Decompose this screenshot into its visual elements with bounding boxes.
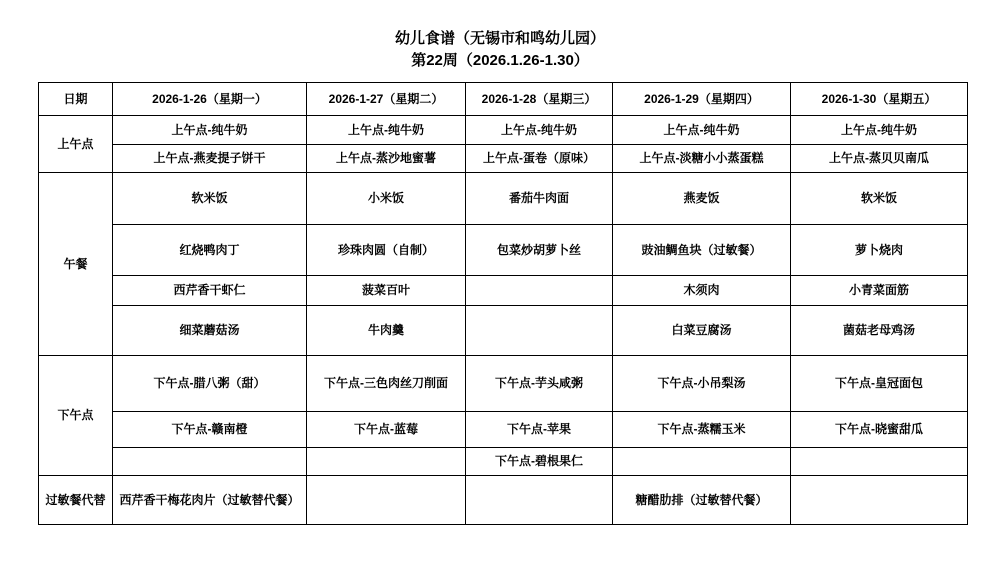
menu-cell: 上午点-纯牛奶 xyxy=(307,116,466,145)
menu-cell xyxy=(791,476,968,525)
menu-cell: 下午点-小吊梨汤 xyxy=(613,356,791,412)
menu-cell: 西芹香干虾仁 xyxy=(113,276,307,306)
menu-cell xyxy=(466,276,613,306)
lunch-row-2: 红烧鸭肉丁 珍珠肉圆（自制） 包菜炒胡萝卜丝 豉油鲷鱼块（过敏餐） 萝卜烧肉 xyxy=(39,225,968,276)
menu-cell: 包菜炒胡萝卜丝 xyxy=(466,225,613,276)
menu-cell: 上午点-纯牛奶 xyxy=(113,116,307,145)
header-friday: 2026-1-30（星期五） xyxy=(791,83,968,116)
menu-cell: 上午点-蒸贝贝南瓜 xyxy=(791,145,968,173)
menu-cell: 豉油鲷鱼块（过敏餐） xyxy=(613,225,791,276)
menu-cell: 牛肉羹 xyxy=(307,306,466,356)
menu-cell: 软米饭 xyxy=(113,173,307,225)
morning-snack-row-2: 上午点-燕麦提子饼干 上午点-蒸沙地蜜薯 上午点-蛋卷（原味） 上午点-淡糖小小… xyxy=(39,145,968,173)
section-label-morning-snack: 上午点 xyxy=(39,116,113,173)
menu-cell: 下午点-晓蜜甜瓜 xyxy=(791,412,968,448)
menu-cell: 下午点-皇冠面包 xyxy=(791,356,968,412)
menu-cell: 上午点-纯牛奶 xyxy=(613,116,791,145)
menu-cell: 细菜蘑菇汤 xyxy=(113,306,307,356)
allergy-substitute-row: 过敏餐代替 西芹香干梅花肉片（过敏替代餐） 糖醋肋排（过敏替代餐） xyxy=(39,476,968,525)
menu-table: 日期 2026-1-26（星期一） 2026-1-27（星期二） 2026-1-… xyxy=(38,82,968,525)
lunch-row-1: 午餐 软米饭 小米饭 番茄牛肉面 燕麦饭 软米饭 xyxy=(39,173,968,225)
header-tuesday: 2026-1-27（星期二） xyxy=(307,83,466,116)
menu-cell: 上午点-淡糖小小蒸蛋糕 xyxy=(613,145,791,173)
menu-cell xyxy=(791,448,968,476)
header-wednesday: 2026-1-28（星期三） xyxy=(466,83,613,116)
menu-cell: 下午点-三色肉丝刀削面 xyxy=(307,356,466,412)
menu-cell: 菠菜百叶 xyxy=(307,276,466,306)
menu-cell: 下午点-芋头咸粥 xyxy=(466,356,613,412)
menu-cell: 小青菜面筋 xyxy=(791,276,968,306)
afternoon-snack-row-2: 下午点-赣南橙 下午点-蓝莓 下午点-苹果 下午点-蒸糯玉米 下午点-晓蜜甜瓜 xyxy=(39,412,968,448)
header-date-label: 日期 xyxy=(39,83,113,116)
page-subtitle: 第22周（2026.1.26-1.30） xyxy=(0,50,1000,72)
menu-cell: 红烧鸭肉丁 xyxy=(113,225,307,276)
menu-cell xyxy=(307,476,466,525)
menu-cell: 菌菇老母鸡汤 xyxy=(791,306,968,356)
menu-cell: 上午点-纯牛奶 xyxy=(466,116,613,145)
menu-cell: 下午点-蒸糯玉米 xyxy=(613,412,791,448)
menu-cell: 上午点-纯牛奶 xyxy=(791,116,968,145)
menu-cell: 下午点-蓝莓 xyxy=(307,412,466,448)
menu-cell: 白菜豆腐汤 xyxy=(613,306,791,356)
menu-cell: 萝卜烧肉 xyxy=(791,225,968,276)
menu-cell: 木须肉 xyxy=(613,276,791,306)
menu-cell: 下午点-碧根果仁 xyxy=(466,448,613,476)
menu-cell: 糖醋肋排（过敏替代餐） xyxy=(613,476,791,525)
menu-cell: 上午点-蒸沙地蜜薯 xyxy=(307,145,466,173)
menu-cell: 西芹香干梅花肉片（过敏替代餐） xyxy=(113,476,307,525)
lunch-row-4: 细菜蘑菇汤 牛肉羹 白菜豆腐汤 菌菇老母鸡汤 xyxy=(39,306,968,356)
afternoon-snack-row-3: 下午点-碧根果仁 xyxy=(39,448,968,476)
page: 幼儿食谱（无锡市和鸣幼儿园） 第22周（2026.1.26-1.30） 日期 2… xyxy=(0,0,1000,575)
menu-cell: 小米饭 xyxy=(307,173,466,225)
menu-cell: 软米饭 xyxy=(791,173,968,225)
section-label-afternoon-snack: 下午点 xyxy=(39,356,113,476)
menu-cell: 上午点-蛋卷（原味） xyxy=(466,145,613,173)
lunch-row-3: 西芹香干虾仁 菠菜百叶 木须肉 小青菜面筋 xyxy=(39,276,968,306)
menu-cell: 燕麦饭 xyxy=(613,173,791,225)
menu-cell xyxy=(466,306,613,356)
menu-cell: 下午点-赣南橙 xyxy=(113,412,307,448)
menu-cell: 上午点-燕麦提子饼干 xyxy=(113,145,307,173)
menu-cell xyxy=(113,448,307,476)
title-block: 幼儿食谱（无锡市和鸣幼儿园） 第22周（2026.1.26-1.30） xyxy=(0,28,1000,72)
menu-cell: 番茄牛肉面 xyxy=(466,173,613,225)
header-thursday: 2026-1-29（星期四） xyxy=(613,83,791,116)
menu-cell: 下午点-腊八粥（甜） xyxy=(113,356,307,412)
afternoon-snack-row-1: 下午点 下午点-腊八粥（甜） 下午点-三色肉丝刀削面 下午点-芋头咸粥 下午点-… xyxy=(39,356,968,412)
page-title: 幼儿食谱（无锡市和鸣幼儿园） xyxy=(0,28,1000,50)
header-monday: 2026-1-26（星期一） xyxy=(113,83,307,116)
menu-cell: 下午点-苹果 xyxy=(466,412,613,448)
menu-cell xyxy=(466,476,613,525)
header-row: 日期 2026-1-26（星期一） 2026-1-27（星期二） 2026-1-… xyxy=(39,83,968,116)
menu-cell: 珍珠肉圆（自制） xyxy=(307,225,466,276)
menu-cell xyxy=(307,448,466,476)
morning-snack-row-1: 上午点 上午点-纯牛奶 上午点-纯牛奶 上午点-纯牛奶 上午点-纯牛奶 上午点-… xyxy=(39,116,968,145)
menu-cell xyxy=(613,448,791,476)
section-label-allergy-substitute: 过敏餐代替 xyxy=(39,476,113,525)
section-label-lunch: 午餐 xyxy=(39,173,113,356)
